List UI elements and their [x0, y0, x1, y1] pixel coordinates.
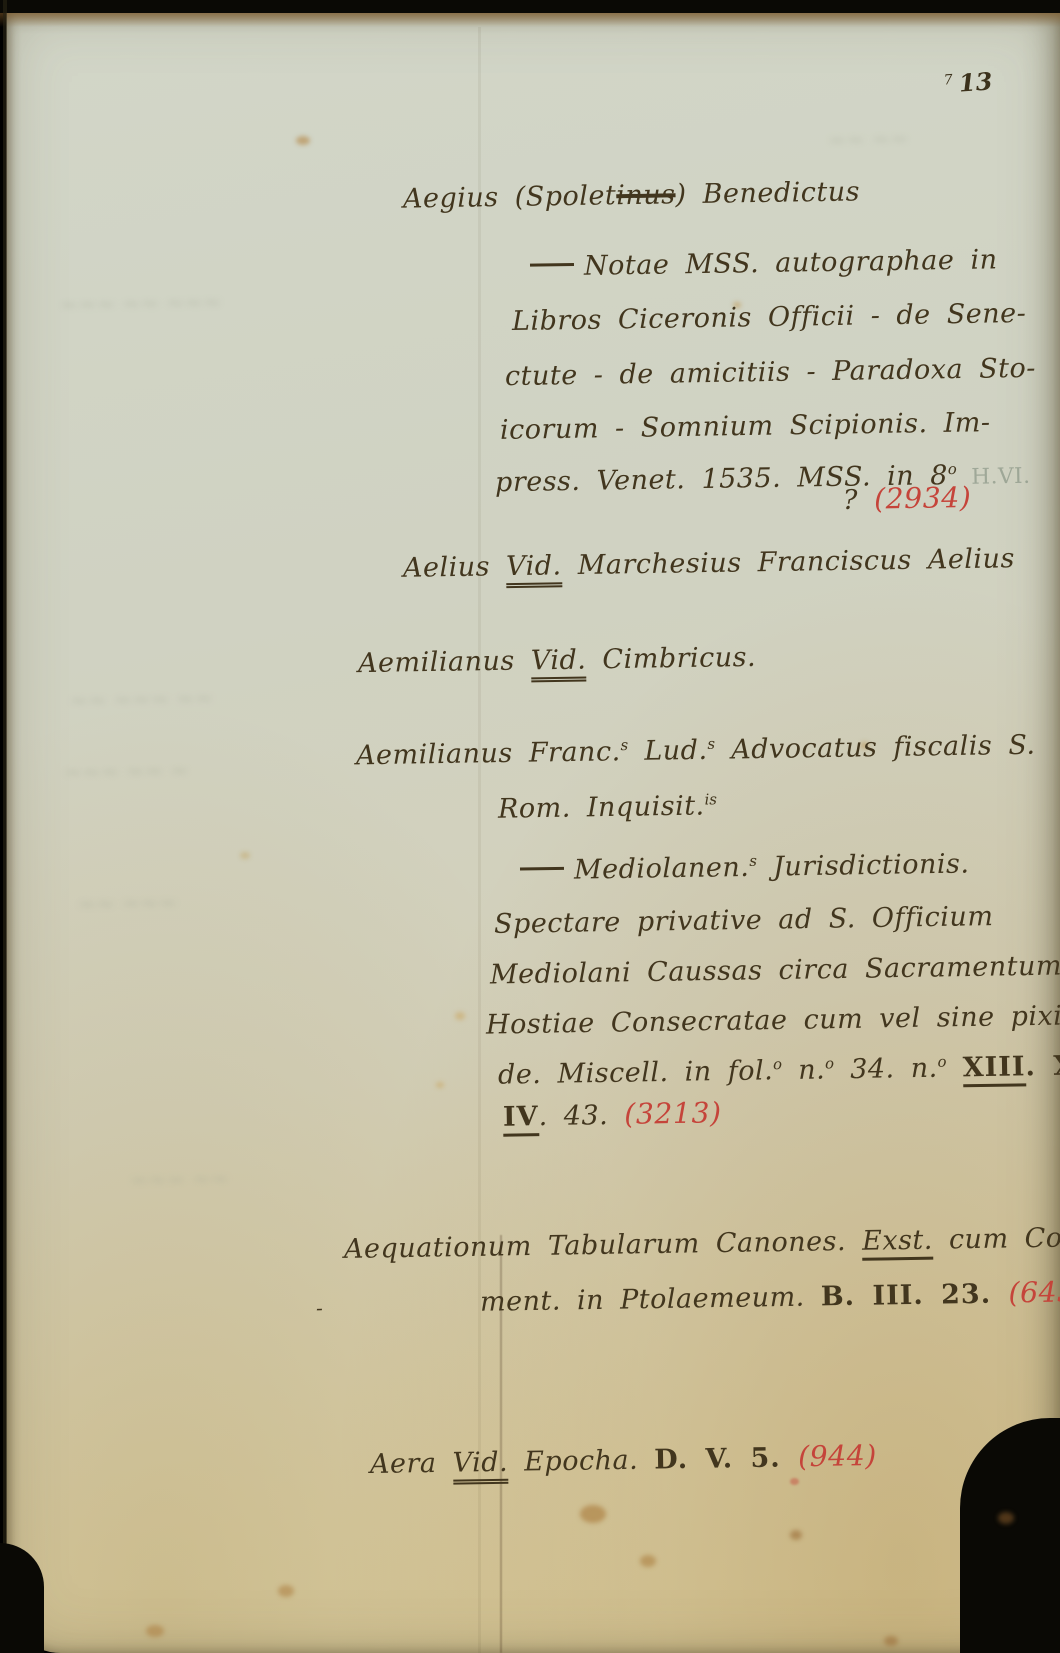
hand-text: Spectare privative ad S. Officium: [494, 901, 994, 940]
manuscript-line-3-2: Mediolanen.s Jurisdictionis.: [518, 848, 970, 886]
hand-text: Mediolani Caussas circa Sacramentum: [490, 951, 1060, 991]
hand-text: Aemilianus Franc.: [356, 736, 621, 771]
entry-aemilianus-vid: Aemilianus Vid. Cimbricus.: [358, 642, 757, 679]
manuscript-line-0-1: Notae MSS. autographae in: [528, 244, 998, 282]
hand-text: o: [773, 1055, 782, 1073]
hand-text: [946, 1052, 963, 1083]
manuscript-line-3-1: Rom. Inquisit.is: [498, 790, 717, 824]
hand-text: ment. in Ptolaemeum.: [480, 1281, 821, 1317]
hand-text: o: [948, 460, 957, 478]
hand-text: -: [316, 1296, 324, 1320]
red-number: (2934): [874, 481, 972, 516]
hand-text: . 43.: [538, 1100, 624, 1132]
hand-text: Lud.: [628, 735, 708, 767]
manuscript-line-3-6: de. Miscell. in fol.o n.o 34. n.o XIII. …: [498, 1050, 1060, 1090]
entry-dash: [530, 262, 574, 266]
hand-text: Cimbricus.: [586, 642, 756, 676]
red-number: (3213): [624, 1096, 722, 1131]
entry-aemilianus-headword: Aemilianus Franc.s Lud.s Advocatus fisca…: [356, 730, 1036, 772]
hand-text: Vid.: [506, 550, 562, 588]
hand-text: D. V. 5.: [654, 1442, 798, 1475]
manuscript-line-0-4: icorum - Somnium Scipionis. Im-: [500, 407, 991, 446]
hand-text: Aegius (Spolet: [403, 180, 617, 214]
hand-text: ) Benedictus: [675, 176, 860, 210]
hand-text: Hostiae Consecratae cum vel sine pixi-: [486, 1000, 1060, 1040]
hand-text: o: [825, 1054, 834, 1072]
manuscript-scan: ~~~ ~~ ~~~ ~~ ~~~ ~~ ~~~ ~~ ~ ~~ ~~~ ~~~…: [0, 0, 1060, 1653]
entry-aegius-headword: Aegius (Spoletinus) Benedictus: [403, 176, 860, 214]
hand-text: Libros Ciceronis Officii - de Sene-: [512, 298, 1027, 337]
entry-dash: [520, 866, 564, 870]
entry-aera: Aera Vid. Epocha. D. V. 5. (944): [370, 1439, 877, 1480]
manuscript-line-3-7: IV. 43. (3213): [503, 1096, 722, 1132]
hand-text: Advocatus fiscalis S.: [715, 730, 1036, 766]
hand-text: Rom. Inquisit.: [498, 790, 705, 824]
hand-text: IV: [503, 1101, 539, 1137]
manuscript-line-3-3: Spectare privative ad S. Officium: [494, 901, 994, 940]
red-number: (643): [1008, 1275, 1060, 1309]
entry-aelius: Aelius Vid. Marchesius Franciscus Aelius: [403, 543, 1015, 584]
handwritten-text-layer: Aegius (Spoletinus) BenedictusNotae MSS.…: [0, 0, 1060, 1653]
hand-text: Vid.: [531, 645, 587, 683]
manuscript-line-3-5: Hostiae Consecratae cum vel sine pixi-: [486, 1000, 1060, 1040]
manuscript-line-4-1: ment. in Ptolaemeum. B. III. 23. (643): [480, 1275, 1060, 1318]
hand-text: icorum - Somnium Scipionis. Im-: [500, 407, 991, 446]
hand-text: 34. n.: [834, 1053, 938, 1086]
entry-aequationum: Aequationum Tabularum Canones. Exst. cum…: [344, 1222, 1060, 1265]
hand-text: de. Miscell. in fol.: [498, 1055, 774, 1090]
hand-text: Aequationum Tabularum Canones.: [344, 1226, 863, 1265]
hand-text: X.: [1053, 1050, 1060, 1082]
hand-text: cum Com-: [933, 1222, 1060, 1256]
hand-text: ctute - de amicitiis - Paradoxa Sto-: [505, 353, 1036, 392]
hand-text: inus: [616, 179, 676, 211]
manuscript-line-0-2: Libros Ciceronis Officii - de Sene-: [512, 298, 1027, 337]
hand-text: Notae MSS. autographae in: [584, 244, 998, 281]
margin-dash: -: [316, 1296, 324, 1320]
red-number: (944): [798, 1439, 877, 1473]
hand-text: Marchesius Franciscus Aelius: [561, 543, 1015, 581]
hand-text: n.: [782, 1054, 826, 1086]
hand-text: Vid.: [452, 1447, 508, 1485]
hand-text: Aera: [370, 1448, 453, 1480]
hand-text: XIII: [962, 1051, 1025, 1087]
hand-text: Epocha.: [508, 1445, 655, 1478]
hand-text: .: [1025, 1051, 1053, 1082]
hand-text: B. III. 23.: [821, 1278, 1009, 1312]
hand-text: Aelius: [403, 551, 507, 584]
manuscript-line-0-3: ctute - de amicitiis - Paradoxa Sto-: [505, 353, 1036, 392]
hand-text: Aemilianus: [358, 645, 531, 679]
hand-text: Mediolanen.: [574, 852, 750, 886]
hand-text: is: [704, 790, 717, 808]
hand-text: Exst.: [862, 1225, 933, 1261]
hand-text: o: [937, 1053, 946, 1071]
manuscript-line-0-6: ? (2934): [843, 481, 972, 516]
query-mark: ?: [843, 485, 875, 516]
hand-text: Jurisdictionis.: [757, 848, 970, 882]
manuscript-line-3-4: Mediolani Caussas circa Sacramentum: [490, 951, 1060, 991]
